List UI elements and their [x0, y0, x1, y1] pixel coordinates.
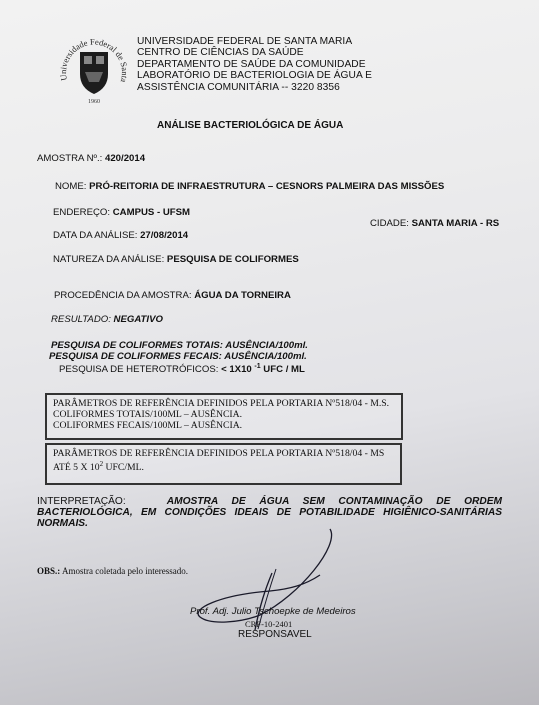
reference-line: PARÂMETROS DE REFERÊNCIA DEFINIDOS PELA … [53, 398, 395, 409]
unit: UFC / ML [261, 364, 305, 375]
field-value: NEGATIVO [114, 314, 163, 325]
field-label: NATUREZA DA ANÁLISE: [53, 254, 167, 265]
header-line: DEPARTAMENTO DE SAÚDE DA COMUNIDADE [137, 59, 372, 70]
field-nome: NOME: PRÓ-REITORIA DE INFRAESTRUTURA – C… [55, 181, 444, 192]
reference-line: ATÉ 5 X 102 UFC/ML. [53, 459, 394, 473]
field-value: PESQUISA DE COLIFORMES [167, 254, 299, 265]
reference-line: COLIFORMES FECAIS/100ML – AUSÊNCIA. [53, 420, 395, 431]
field-value: CAMPUS - UFSM [113, 207, 190, 218]
signatory-crf: CRF-10-2401 [245, 619, 292, 629]
field-value: PRÓ-REITORIA DE INFRAESTRUTURA – CESNORS… [89, 181, 444, 192]
result-heterotroficos: PESQUISA DE HETEROTRÓFICOS: < 1X10 -1 UF… [59, 363, 305, 375]
field-label: AMOSTRA Nº.: [37, 153, 105, 164]
university-seal-logo: Universidade Federal de Santa Maria 1960 [55, 28, 133, 106]
field-resultado: RESULTADO: NEGATIVO [51, 314, 163, 325]
obs-text: Amostra coletada pelo interessado. [60, 566, 188, 576]
field-procedencia: PROCEDÊNCIA DA AMOSTRA: ÁGUA DA TORNEIRA [54, 290, 291, 301]
interpretation-text: BACTERIOLÓGICA, EM CONDIÇÕES IDEAIS DE P… [37, 507, 502, 518]
header-line: CENTRO DE CIÊNCIAS DA SAÚDE [137, 47, 372, 58]
header-line: LABORATÓRIO DE BACTERIOLOGIA DE ÁGUA E [137, 70, 372, 81]
field-amostra: AMOSTRA Nº.: 420/2014 [37, 153, 145, 164]
reference-unit: UFC/ML. [103, 462, 144, 473]
field-value: SANTA MARIA - RS [412, 218, 500, 229]
field-label: DATA DA ANÁLISE: [53, 230, 140, 241]
field-label: PROCEDÊNCIA DA AMOSTRA: [54, 290, 194, 301]
field-label: ENDEREÇO: [53, 207, 113, 218]
field-value: 27/08/2014 [140, 230, 188, 241]
field-cidade: CIDADE: SANTA MARIA - RS [370, 218, 499, 229]
field-value: < 1X10 [221, 364, 254, 375]
reference-value: ATÉ 5 X 10 [53, 462, 100, 473]
field-label: RESULTADO: [51, 314, 114, 325]
field-label: NOME: [55, 181, 89, 192]
document-title: ANÁLISE BACTERIOLÓGICA DE ÁGUA [157, 120, 343, 131]
field-value: 420/2014 [105, 153, 145, 164]
header-line: UNIVERSIDADE FEDERAL DE SANTA MARIA [137, 36, 372, 47]
result-coliformes-totais: PESQUISA DE COLIFORMES TOTAIS: AUSÊNCIA/… [51, 340, 308, 351]
reference-line: PARÂMETROS DE REFERÊNCIA DEFINIDOS PELA … [53, 448, 394, 459]
signatory-role: RESPONSAVEL [238, 629, 312, 640]
interpretation-text: AMOSTRA DE ÁGUA SEM CONTAMINAÇÃO DE ORDE… [167, 496, 502, 507]
reference-box-heterotroficos: PARÂMETROS DE REFERÊNCIA DEFINIDOS PELA … [45, 443, 402, 485]
field-natureza: NATUREZA DA ANÁLISE: PESQUISA DE COLIFOR… [53, 254, 299, 265]
reference-box-coliformes: PARÂMETROS DE REFERÊNCIA DEFINIDOS PELA … [45, 393, 403, 440]
result-coliformes-fecais: PESQUISA DE COLIFORMES FECAIS: AUSÊNCIA/… [49, 351, 307, 362]
field-label: PESQUISA DE HETEROTRÓFICOS: [59, 364, 221, 375]
interpretation-label: INTERPRETAÇÃO: [37, 496, 126, 507]
field-data-analise: DATA DA ANÁLISE: 27/08/2014 [53, 230, 188, 241]
field-label: CIDADE: [370, 218, 412, 229]
reference-line: COLIFORMES TOTAIS/100ML – AUSÊNCIA. [53, 409, 395, 420]
signatory-name: Prof. Adj. Julio Tschoepke de Medeiros [190, 606, 356, 617]
institution-header: UNIVERSIDADE FEDERAL DE SANTA MARIA CENT… [137, 36, 372, 93]
field-value: ÁGUA DA TORNEIRA [194, 290, 291, 301]
observation: OBS.: Amostra coletada pelo interessado. [37, 566, 188, 576]
header-line: ASSISTÊNCIA COMUNITÁRIA -- 3220 8356 [137, 82, 372, 93]
obs-label: OBS.: [37, 566, 60, 576]
field-endereco: ENDEREÇO: CAMPUS - UFSM [53, 207, 190, 218]
seal-year: 1960 [88, 99, 100, 105]
